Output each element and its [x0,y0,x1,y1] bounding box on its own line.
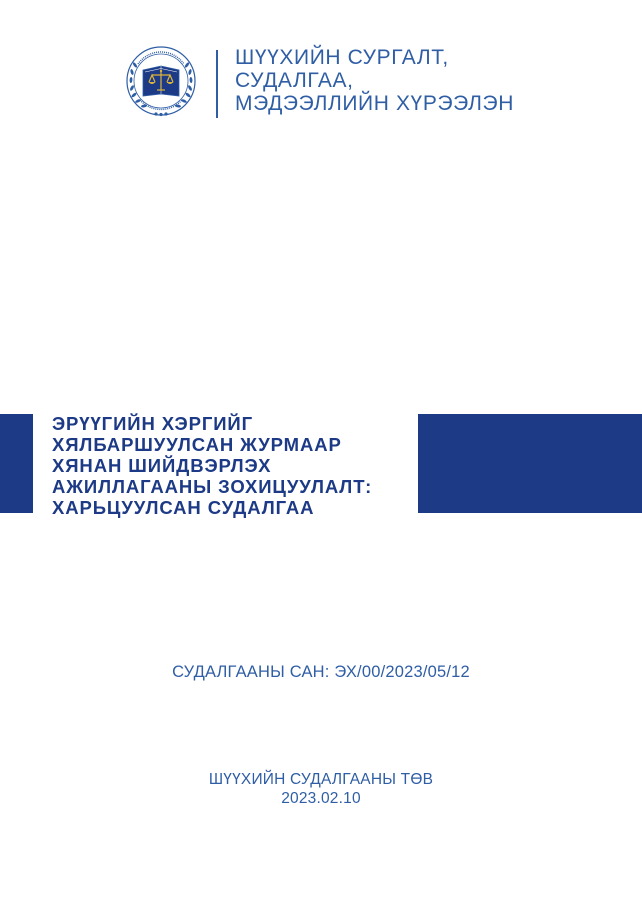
publisher-block: ШҮҮХИЙН СУДАЛГААНЫ ТӨВ 2023.02.10 [0,770,642,808]
title-line: АЖИЛЛАГААНЫ ЗОХИЦУУЛАЛТ: [52,476,372,497]
title-line: ХЯЛБАРШУУЛСАН ЖУРМААР [52,434,372,455]
title-line: ХЯНАН ШИЙДВЭРЛЭХ [52,455,372,476]
header-divider [216,50,218,118]
title-band-right [418,414,642,513]
institute-name-line: ШҮҮХИЙН СУРГАЛТ, [235,46,514,69]
title-band-left [0,414,33,513]
institute-name: ШҮҮХИЙН СУРГАЛТ, СУДАЛГАА, МЭДЭЭЛЛИЙН ХҮ… [235,46,514,115]
institute-logo [124,44,198,120]
document-title: ЭРҮҮГИЙН ХЭРГИЙГ ХЯЛБАРШУУЛСАН ЖУРМААР Х… [52,413,372,518]
title-line: ЭРҮҮГИЙН ХЭРГИЙГ [52,413,372,434]
center-name: ШҮҮХИЙН СУДАЛГААНЫ ТӨВ [0,770,642,789]
institute-name-line: МЭДЭЭЛЛИЙН ХҮРЭЭЛЭН [235,92,514,115]
institute-name-line: СУДАЛГАА, [235,69,514,92]
court-scales-book-emblem-icon [124,44,198,120]
title-line: ХАРЬЦУУЛСАН СУДАЛГАА [52,497,372,518]
research-fund-code: СУДАЛГААНЫ САН: ЭХ/00/2023/05/12 [0,663,642,682]
publication-date: 2023.02.10 [0,789,642,808]
